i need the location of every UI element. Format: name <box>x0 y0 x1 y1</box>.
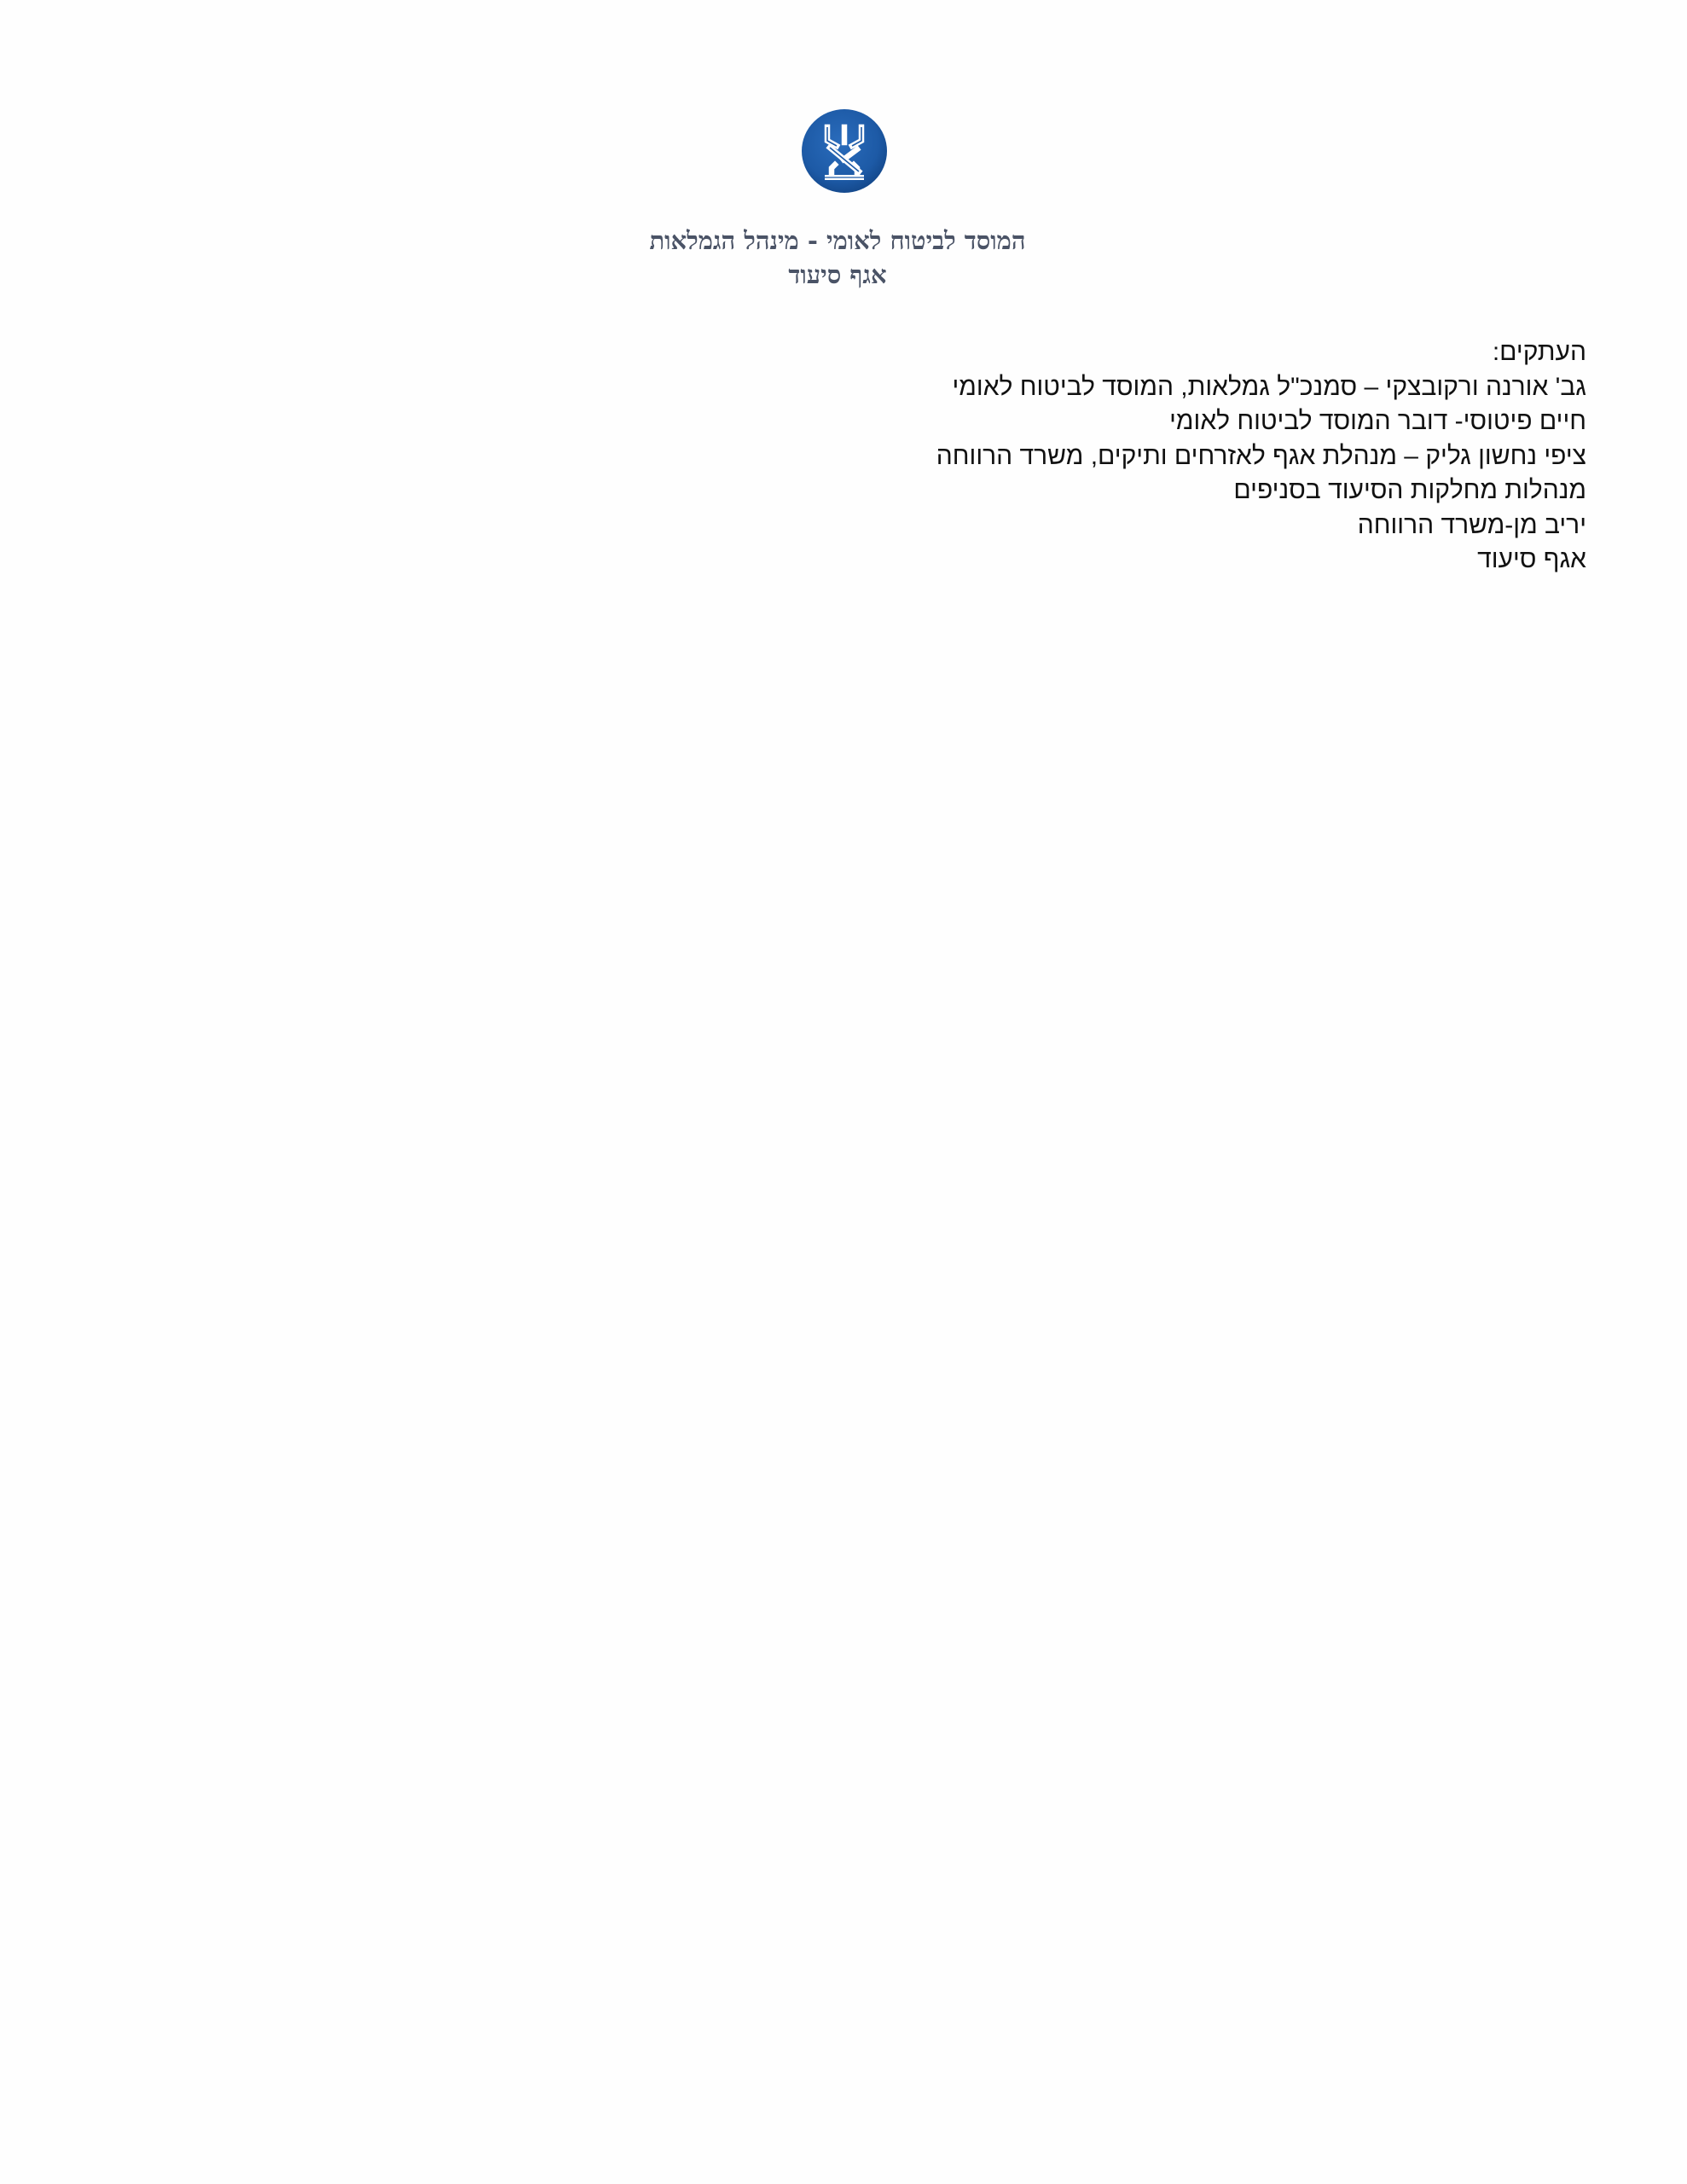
list-item: גב' אורנה ורקובצקי – סמנכ"ל גמלאות, המוס… <box>819 370 1586 405</box>
list-item: חיים פיטוסי- דובר המוסד לביטוח לאומי <box>819 404 1586 439</box>
list-item: מנהלות מחלקות הסיעוד בסניפים <box>819 473 1586 508</box>
org-header: המוסד לביטוח לאומי - מינהל הגמלאות אגף ס… <box>512 224 1163 292</box>
header-institution-title: המוסד לביטוח לאומי - מינהל הגמלאות <box>512 224 1163 258</box>
list-item: ציפי נחשון גליק – מנהלת אגף לאזרחים ותיק… <box>819 439 1586 474</box>
institution-logo-icon <box>801 108 888 194</box>
document-page: המוסד לביטוח לאומי - מינהל הגמלאות אגף ס… <box>0 0 1687 2184</box>
copies-title: העתקים: <box>819 335 1586 370</box>
copies-list: העתקים: גב' אורנה ורקובצקי – סמנכ"ל גמלא… <box>819 335 1586 578</box>
list-item: יריב מן-משרד הרווחה <box>819 508 1586 543</box>
header-department-title: אגף סיעוד <box>512 258 1163 292</box>
list-item: אגף סיעוד <box>819 543 1586 578</box>
